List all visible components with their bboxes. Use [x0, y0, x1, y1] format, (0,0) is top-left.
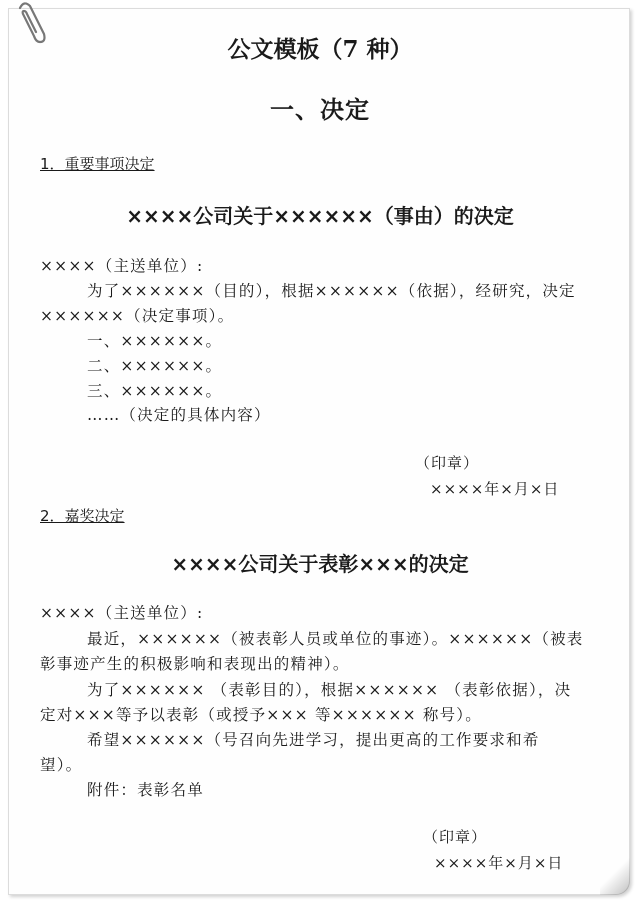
- part1-line: ××××××（决定事项）。: [40, 304, 234, 326]
- part1-seal: （印章）: [415, 452, 479, 473]
- page-curl: [600, 855, 630, 895]
- part1-item: 二、××××××。: [87, 354, 222, 376]
- part2-attachment: 附件：表彰名单: [87, 778, 204, 800]
- part2-line: 为了×××××× （表彰目的），根据×××××× （表彰依据），决: [87, 678, 571, 700]
- part1-item: 一、××××××。: [87, 329, 222, 351]
- part2-heading: 2．嘉奖决定: [40, 505, 125, 526]
- section-title: 一、决定: [0, 90, 640, 125]
- part2-line: 彰事迹产生的积极影响和表现出的精神）。: [40, 652, 350, 674]
- document-page: [8, 8, 630, 895]
- part1-recipient: ××××（主送单位）:: [40, 254, 203, 276]
- part2-seal: （印章）: [423, 826, 487, 847]
- part2-line: 最近，××××××（被表彰人员或单位的事迹）。××××××（被表: [87, 627, 584, 649]
- part1-heading: 1．重要事项决定: [40, 153, 155, 174]
- part2-line: 望）。: [40, 753, 82, 775]
- part1-item: 三、××××××。: [87, 379, 222, 401]
- part2-recipient: ××××（主送单位）:: [40, 601, 203, 623]
- part1-notice-title: ××××公司关于××××××（事由）的决定: [0, 200, 640, 229]
- part2-notice-title: ××××公司关于表彰×××的决定: [0, 548, 640, 577]
- part1-line: ……（决定的具体内容）: [87, 403, 271, 425]
- part1-date: ××××年×月×日: [430, 478, 559, 499]
- document-title: 公文模板（7 种）: [0, 31, 640, 64]
- part1-line: 为了××××××（目的），根据××××××（依据），经研究，决定: [87, 279, 576, 301]
- part2-date: ××××年×月×日: [434, 852, 563, 873]
- part2-line: 希望××××××（号召向先进学习，提出更高的工作要求和希: [87, 728, 540, 750]
- part2-line: 定对×××等予以表彰（或授予××× 等×××××× 称号）。: [40, 703, 482, 725]
